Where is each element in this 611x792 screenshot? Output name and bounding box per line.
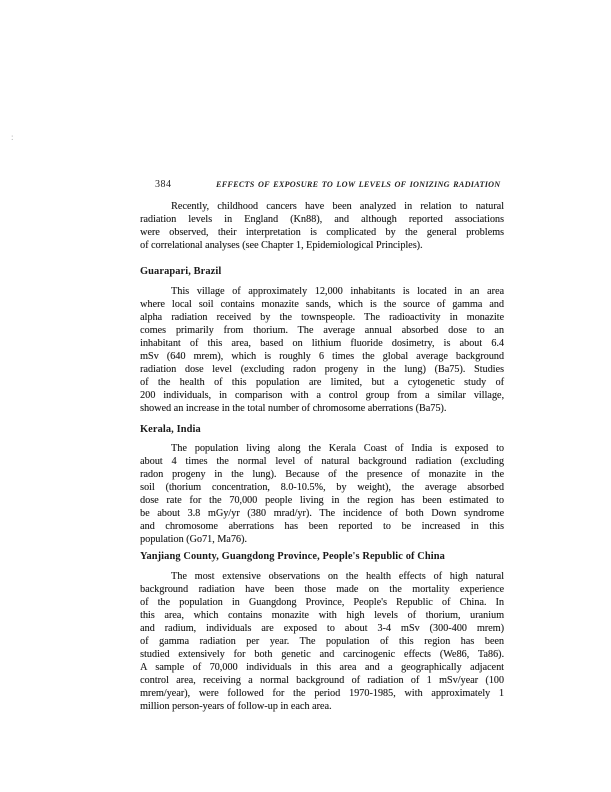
text-line: of correlational analyses (see Chapter 1… <box>140 239 504 252</box>
text-line: Recently, childhood cancers have been an… <box>140 200 504 213</box>
text-line: 200 individuals, in comparison with a co… <box>140 389 504 402</box>
paragraph-intro: Recently, childhood cancers have been an… <box>140 200 504 252</box>
text-line: inhabitant of this area, based on lithiu… <box>140 337 504 350</box>
text-line: million person-years of follow-up in eac… <box>140 700 504 713</box>
paragraph-kerala: The population living along the Kerala C… <box>140 442 504 546</box>
text-line: and chromosome aberrations has been repo… <box>140 520 504 533</box>
text-line: were observed, their interpretation is c… <box>140 226 504 239</box>
text-line: control area, receiving a normal backgro… <box>140 674 504 687</box>
running-title: EFFECTS OF EXPOSURE TO LOW LEVELS OF ION… <box>216 180 516 189</box>
text-line: mSv (640 mrem), which is roughly 6 times… <box>140 350 504 363</box>
section-heading-guarapari: Guarapari, Brazil <box>140 266 221 277</box>
text-line: showed an increase in the total number o… <box>140 402 504 415</box>
text-line: soil (thorium concentration, 8.0-10.5%, … <box>140 481 504 494</box>
text-line: A sample of 70,000 individuals in this a… <box>140 661 504 674</box>
text-line: this area, which contains monazite with … <box>140 609 504 622</box>
text-line: studied extensively for both genetic and… <box>140 648 504 661</box>
text-line: radon progeny in the lung). Because of t… <box>140 468 504 481</box>
scanned-document-page: : 384 EFFECTS OF EXPOSURE TO LOW LEVELS … <box>0 0 611 792</box>
text-line: The most extensive observations on the h… <box>140 570 504 583</box>
page-number: 384 <box>155 179 172 190</box>
text-line: radiation levels in England (Kn88), and … <box>140 213 504 226</box>
text-line: of gamma radiation per year. The populat… <box>140 635 504 648</box>
text-line: where local soil contains monazite sands… <box>140 298 504 311</box>
text-line: dose rate for the 70,000 people living i… <box>140 494 504 507</box>
paragraph-yanjiang: The most extensive observations on the h… <box>140 570 504 713</box>
section-heading-kerala: Kerala, India <box>140 424 201 435</box>
text-line: of the health of this population are lim… <box>140 376 504 389</box>
paragraph-guarapari: This village of approximately 12,000 inh… <box>140 285 504 415</box>
text-line: population (Go71, Ma76). <box>140 533 504 546</box>
text-line: radiation dose level (excluding radon pr… <box>140 363 504 376</box>
text-line: background radiation have been those mad… <box>140 583 504 596</box>
text-line: comes primarily from thorium. The averag… <box>140 324 504 337</box>
text-line: alpha radiation received by the townspeo… <box>140 311 504 324</box>
text-line: and radium, individuals are exposed to a… <box>140 622 504 635</box>
text-line: mrem/year), were followed for the period… <box>140 687 504 700</box>
text-line: This village of approximately 12,000 inh… <box>140 285 504 298</box>
text-line: of the population in Guangdong Province,… <box>140 596 504 609</box>
text-line: be about 3.8 mGy/yr (380 mrad/yr). The i… <box>140 507 504 520</box>
section-heading-yanjiang: Yanjiang County, Guangdong Province, Peo… <box>140 551 445 562</box>
text-line: about 4 times the normal level of natura… <box>140 455 504 468</box>
text-line: The population living along the Kerala C… <box>140 442 504 455</box>
scan-artifact: : <box>11 133 14 141</box>
